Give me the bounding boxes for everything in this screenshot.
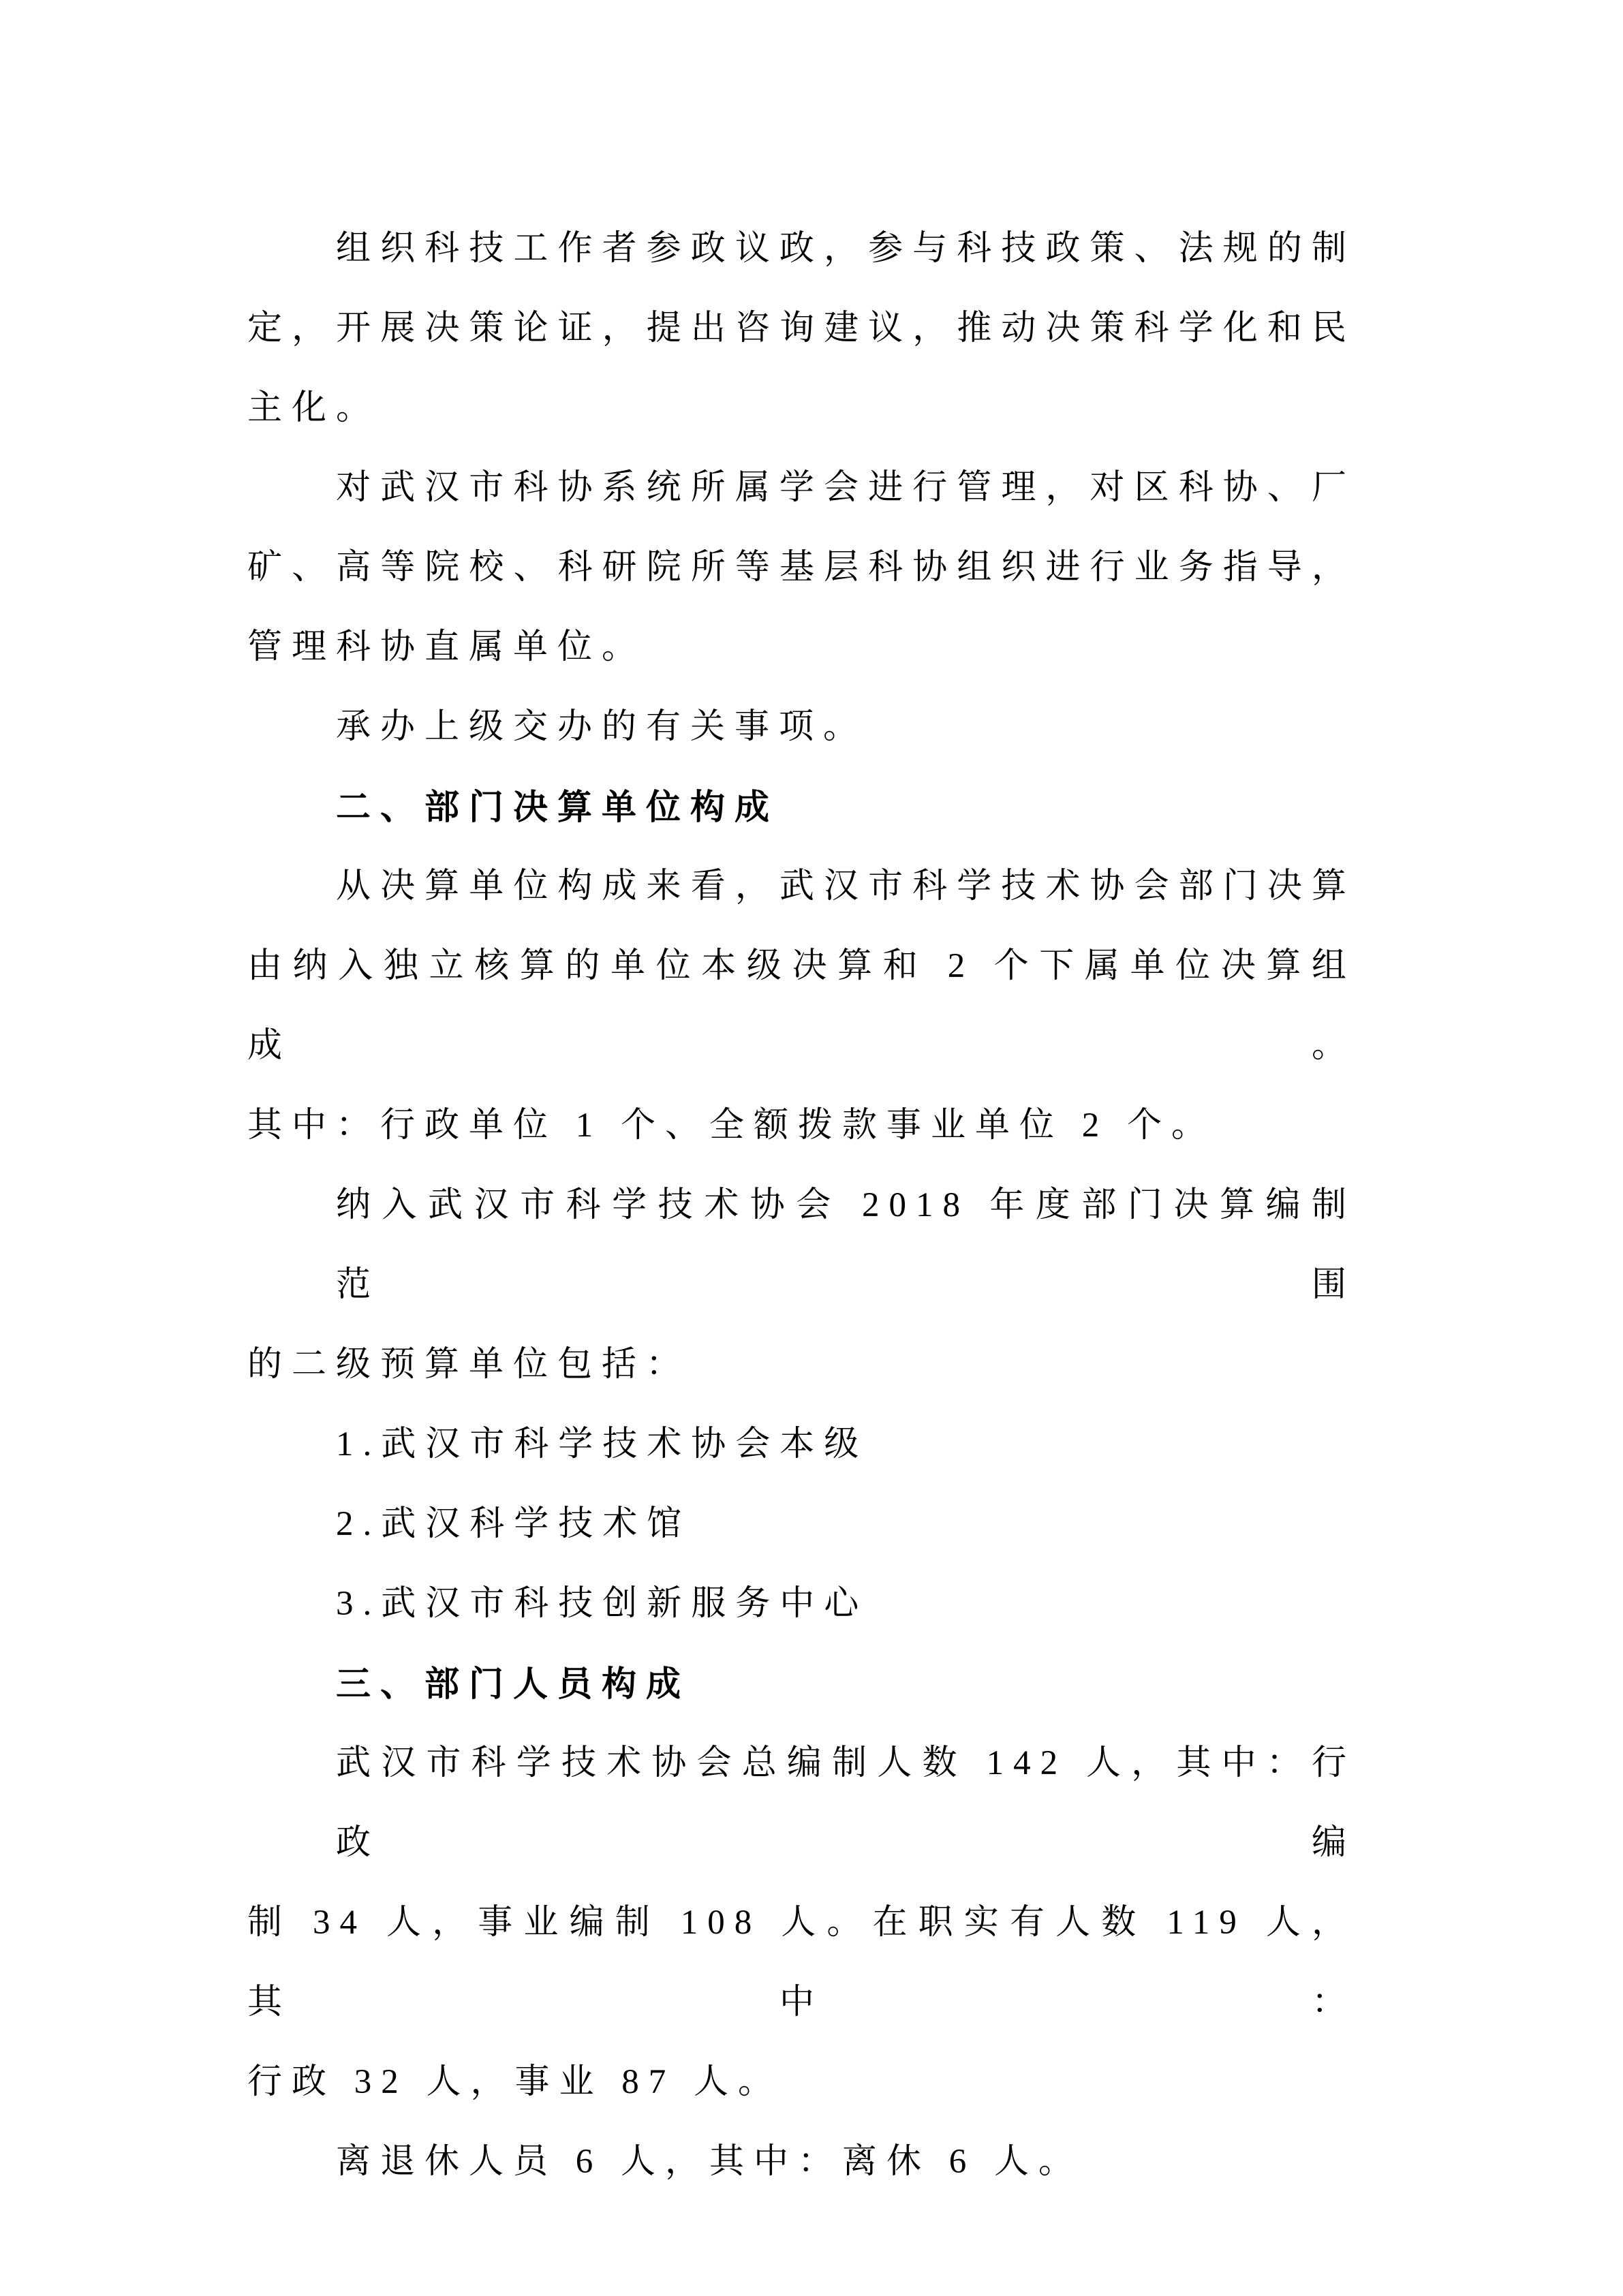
text-line: 的二级预算单位包括： <box>247 1325 1356 1405</box>
text-line: 从决算单位构成来看，武汉市科学技术协会部门决算 <box>247 847 1356 927</box>
text-line: 管理科协直属单位。 <box>247 608 1356 687</box>
text-line: 矿、高等院校、科研院所等基层科协组织进行业务指导， <box>247 528 1356 608</box>
text-line: 武汉市科学技术协会总编制人数 142 人，其中：行政编 <box>247 1724 1356 1883</box>
text-line: 其中：行政单位 1 个、全额拨款事业单位 2 个。 <box>247 1086 1356 1166</box>
document-page: 组织科技工作者参政议政，参与科技政策、法规的制定，开展决策论证，提出咨询建议，推… <box>0 0 1623 2296</box>
text-line: 行政 32 人，事业 87 人。 <box>247 2043 1356 2122</box>
text-line: 离退休人员 6 人，其中：离休 6 人。 <box>247 2122 1356 2202</box>
text-line: 纳入武汉市科学技术协会 2018 年度部门决算编制范围 <box>247 1166 1356 1325</box>
text-line: 1.武汉市科学技术协会本级 <box>247 1405 1356 1485</box>
text-line: 主化。 <box>247 369 1356 448</box>
text-line: 承办上级交办的有关事项。 <box>247 687 1356 767</box>
text-line: 定，开展决策论证，提出咨询建议，推动决策科学化和民 <box>247 289 1356 369</box>
text-line: 2.武汉科学技术馆 <box>247 1485 1356 1564</box>
text-line: 对武汉市科协系统所属学会进行管理，对区科协、厂 <box>247 448 1356 528</box>
text-line: 由纳入独立核算的单位本级决算和 2 个下属单位决算组成。 <box>247 927 1356 1086</box>
section-heading: 三、部门人员构成 <box>247 1644 1356 1724</box>
section-heading: 二、部门决算单位构成 <box>247 767 1356 847</box>
text-line: 组织科技工作者参政议政，参与科技政策、法规的制 <box>247 209 1356 289</box>
document-body: 组织科技工作者参政议政，参与科技政策、法规的制定，开展决策论证，提出咨询建议，推… <box>247 209 1356 2202</box>
text-line: 制 34 人，事业编制 108 人。在职实有人数 119 人，其中： <box>247 1883 1356 2043</box>
text-line: 3.武汉市科技创新服务中心 <box>247 1564 1356 1644</box>
